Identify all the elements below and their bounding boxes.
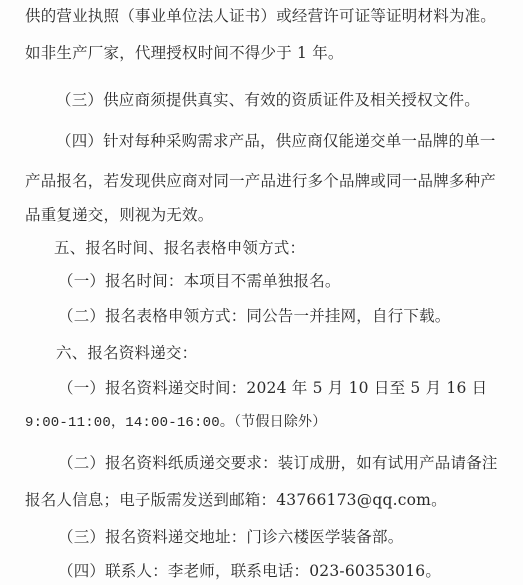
paragraph-line-submission-time: （一）报名资料递交时间：2024 年 5 月 10 日至 5 月 16 日 [58, 378, 487, 398]
paragraph-line-business-license: 供的营业执照（事业单位法人证书）或经营许可证等证明材料为准。 [25, 6, 496, 26]
paragraph-line-registration-time: （一）报名时间：本项目不需单独报名。 [58, 271, 341, 291]
paragraph-line-paper-requirements: （二）报名资料纸质递交要求：装订成册，如有试用产品请备注 [58, 453, 498, 473]
paragraph-line-submission-address: （三）报名资料递交地址：门诊六楼医学装备部。 [58, 527, 403, 547]
paragraph-line-authorization-period: 如非生产厂家，代理授权时间不得少于 1 年。 [25, 43, 344, 63]
section-heading-five: 五、报名时间、报名表格申领方式： [54, 238, 305, 258]
paragraph-line-form-method: （二）报名表格申领方式：同公告一并挂网，自行下载。 [58, 306, 451, 326]
paragraph-line-contact-info: （四）联系人：李老师，联系电话：023-60353016。 [58, 561, 441, 581]
paragraph-line-item-three-qualification: （三）供应商须提供真实、有效的资质证件及相关授权文件。 [56, 90, 480, 110]
paragraph-line-submission-hours: 9:00-11:00，14:00-16:00。（节假日除外） [25, 413, 326, 433]
scanned-document-page: 供的营业执照（事业单位法人证书）或经营许可证等证明材料为准。 如非生产厂家，代理… [0, 0, 523, 585]
paragraph-line-item-four-invalid: 品重复递交，则视为无效。 [25, 205, 213, 225]
paragraph-line-item-four-continued: 产品报名，若发现供应商对同一产品进行多个品牌或同一品牌多种产 [25, 171, 496, 191]
paragraph-line-item-four-single-brand: （四）针对每种采购需求产品，供应商仅能递交单一品牌的单一 [56, 131, 496, 151]
paragraph-line-email-submission: 报名人信息；电子版需发送到邮箱：43766173@qq.com。 [25, 490, 447, 510]
section-heading-six: 六、报名资料递交： [56, 343, 197, 363]
